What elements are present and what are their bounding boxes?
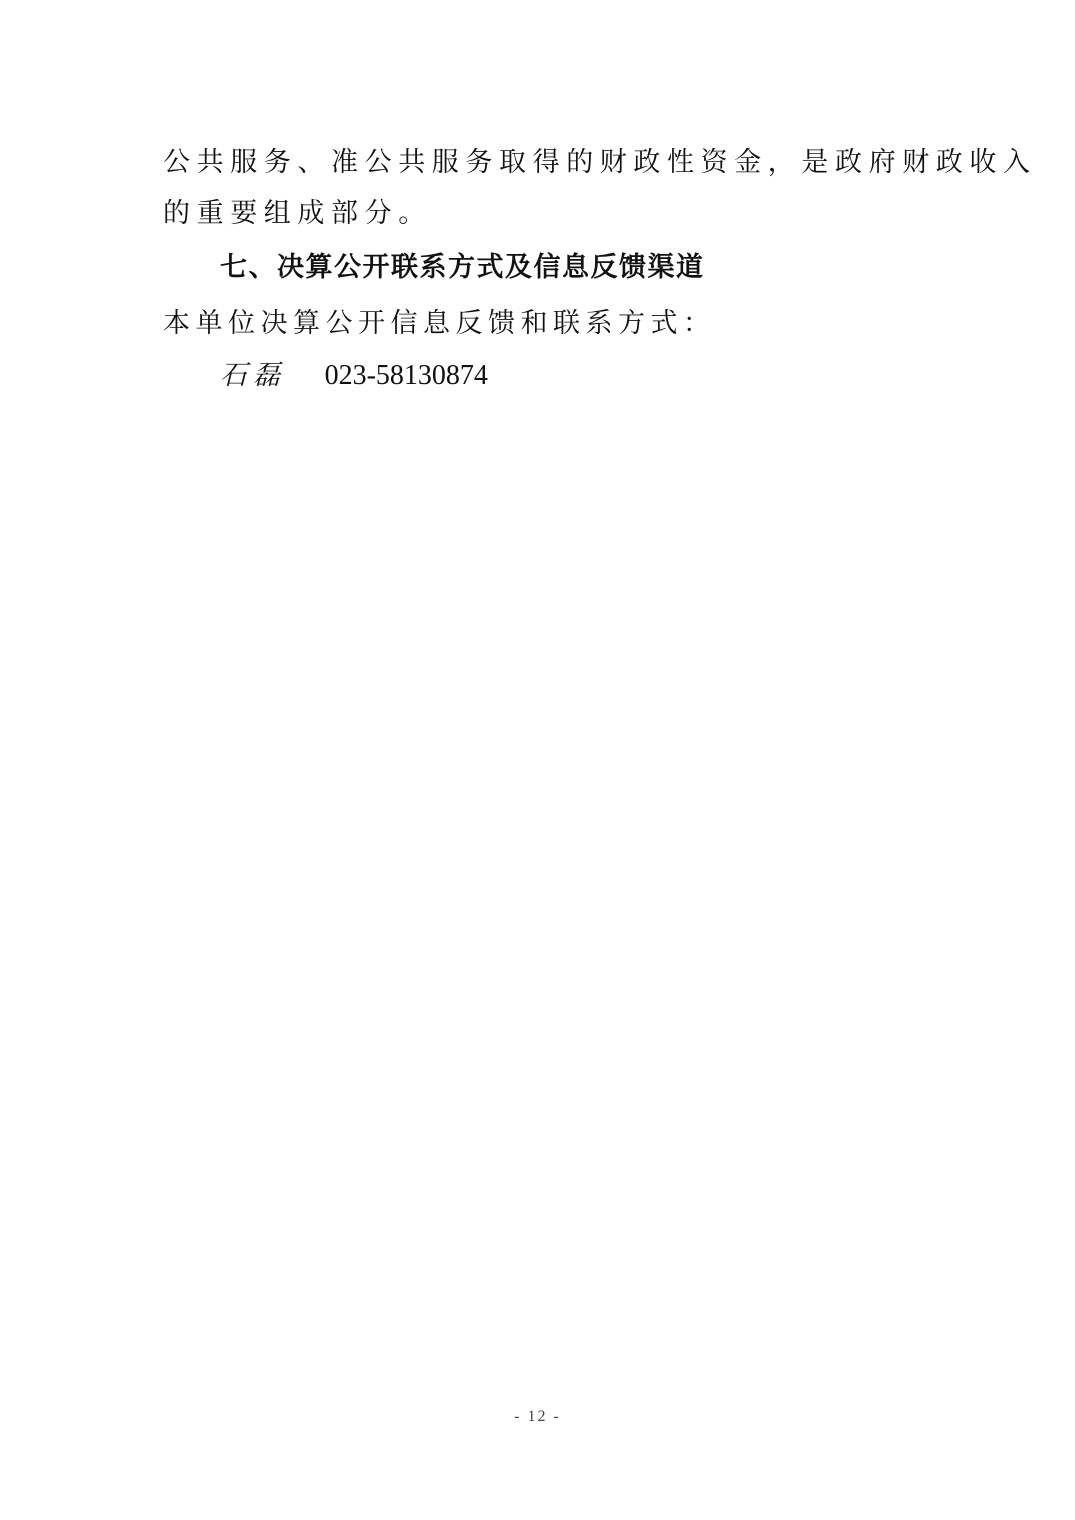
page-number: - 12 -	[0, 1408, 1075, 1426]
paragraph-line-2: 的重要组成部分。	[163, 196, 432, 232]
contact-line: 石磊 023-58130874	[220, 358, 488, 394]
section-heading: 七、决算公开联系方式及信息反馈渠道	[220, 250, 705, 286]
paragraph-line-1: 公共服务、准公共服务取得的财政性资金，是政府财政收入	[163, 145, 1037, 181]
contact-intro: 本单位决算公开信息反馈和联系方式：	[163, 306, 716, 342]
document-page: 公共服务、准公共服务取得的财政性资金，是政府财政收入 的重要组成部分。 七、决算…	[0, 0, 1075, 1520]
contact-name: 石磊	[220, 360, 286, 391]
contact-phone: 023-58130874	[325, 360, 488, 391]
